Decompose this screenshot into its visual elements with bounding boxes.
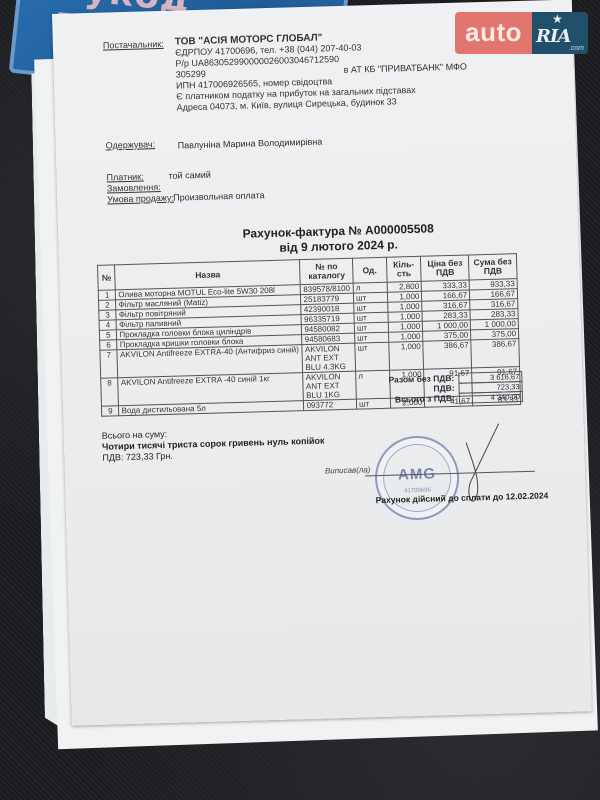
invoice-meta: Платник: той самий Замовлення: Умова про… (106, 161, 507, 205)
cell-qty: 1,000 (387, 301, 422, 312)
cell-number: 2 (99, 300, 117, 310)
col-header-unit: Од. (352, 257, 386, 283)
watermark-ria-block: ★ RIA .com (532, 12, 588, 54)
cell-sum: 283,33 (470, 309, 518, 320)
cell-number: 9 (101, 406, 119, 416)
cell-number: 7 (100, 350, 118, 378)
cell-price: 375,00 (423, 330, 471, 341)
cell-sum: 1 000,00 (470, 319, 518, 330)
total-value: 4 340,00 (459, 391, 523, 404)
receiver-block: Одержувач: Павлуніна Марина Володимирівн… (106, 129, 506, 140)
cell-number: 4 (99, 320, 117, 330)
supplier-label: Постачальник: (103, 39, 164, 51)
cell-qty: 2,800 (387, 281, 422, 292)
cell-price: 316,67 (422, 300, 470, 311)
cell-qty: 1,000 (387, 291, 422, 302)
cell-sum: 386,67 (471, 339, 520, 368)
invoice-title: Рахунок-фактура № А000005508 від 9 лютог… (188, 220, 489, 258)
order-label: Замовлення: (107, 182, 161, 193)
terms-value: Произвольная оплата (173, 190, 265, 203)
star-icon: ★ (552, 12, 563, 26)
cell-price: 386,67 (423, 340, 472, 369)
cell-number: 6 (100, 340, 118, 350)
watermark-auto: auto (455, 12, 532, 54)
cell-sum: 166,67 (470, 289, 518, 300)
payer-value: той самий (168, 170, 211, 181)
receiver-name: Павлуніна Марина Володимирівна (178, 137, 323, 151)
cell-price: 1 000,00 (423, 320, 471, 331)
col-header-number: № (98, 265, 116, 290)
totals-block: Разом без ПДВ: 3 616,67 ПДВ: 723,33 Всьо… (322, 371, 523, 407)
signed-by-label: Виписав(ла) (325, 465, 371, 475)
total-label: Всього з ПДВ: (395, 393, 455, 405)
invoice-document: Постачальник: ТОВ "АСІЯ МОТОРС ГЛОБАЛ" Є… (52, 0, 592, 726)
col-header-qty: Кіль-сть (386, 256, 421, 282)
payer-label: Платник: (106, 172, 143, 183)
cell-price: 166,67 (422, 290, 470, 301)
cell-sum: 316,67 (470, 299, 518, 310)
col-header-catalog: № по каталогу (300, 258, 353, 284)
supplier-bank: в АТ КБ "ПРИВАТБАНК" МФО (344, 61, 467, 74)
autoria-watermark: auto ★ RIA .com (455, 12, 588, 54)
cell-sum: 933,33 (469, 279, 517, 290)
cell-price: 333,33 (421, 280, 469, 291)
cell-unit: шт (355, 342, 389, 371)
cell-catalog: AKVILON ANT EXT BLU 4.3KG (302, 343, 355, 372)
cell-qty: 1,000 (388, 331, 423, 342)
cell-qty: 1,000 (389, 341, 424, 370)
cell-number: 3 (99, 310, 117, 320)
col-header-sum: Сума без ПДВ (469, 254, 518, 280)
cell-qty: 1,000 (388, 321, 423, 332)
cell-sum: 375,00 (471, 329, 519, 340)
cell-qty: 1,000 (388, 311, 423, 322)
sum-in-words: Всього на суму: Чотири тисячі триста сор… (102, 425, 325, 464)
cell-number: 8 (101, 378, 119, 406)
watermark-com: .com (569, 45, 584, 52)
col-header-price: Ціна без ПДВ (421, 255, 469, 281)
receiver-label: Одержувач: (106, 139, 156, 150)
cell-number: 5 (99, 330, 117, 340)
cell-number: 1 (98, 290, 116, 300)
cell-price: 283,33 (422, 310, 470, 321)
watermark-ria: RIA (536, 26, 570, 47)
vat-label: ПДВ: (433, 383, 454, 394)
terms-label: Умова продажу: (107, 193, 174, 205)
